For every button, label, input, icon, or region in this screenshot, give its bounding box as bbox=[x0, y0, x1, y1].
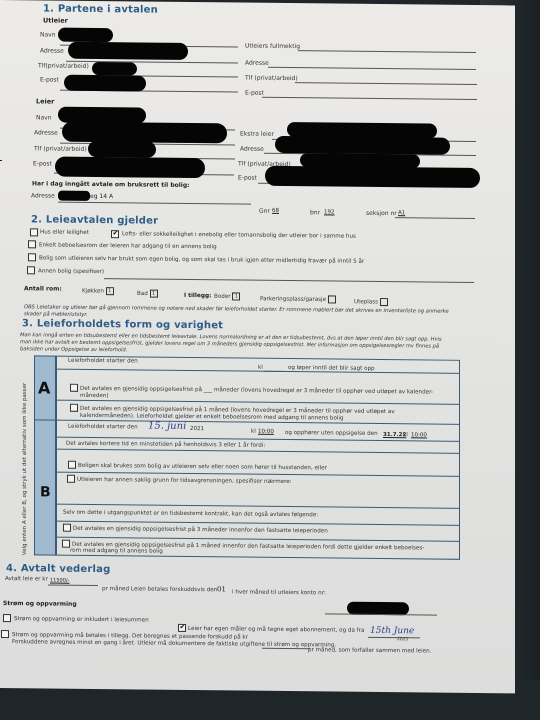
redaction bbox=[58, 28, 113, 43]
parkering-text: Parkeringsplass/garasje bbox=[260, 296, 326, 303]
utleier-label: Utleier bbox=[43, 16, 68, 24]
obs-note-2: skader på møbler/utstyr. bbox=[24, 311, 88, 318]
bolig-adresse-label: Adresse bbox=[31, 192, 55, 199]
strom-option-2-checkbox[interactable] bbox=[178, 624, 186, 632]
section-2-title: 2. Leieavtalen gjelder bbox=[31, 214, 158, 226]
redaction bbox=[265, 166, 480, 188]
fullmektig-epost-label: E-post bbox=[245, 90, 264, 97]
leie-amount-field[interactable] bbox=[48, 585, 98, 587]
utleier-adresse-field[interactable] bbox=[66, 61, 238, 64]
section-4-title: 4. Avtalt vederlag bbox=[6, 563, 110, 575]
fullmektig-label: Utleiers fullmektig bbox=[245, 43, 300, 51]
strom-option-3-label-2: Forskuddene avregnes minst en gang i åre… bbox=[12, 639, 336, 648]
bad-label: Bad 1 bbox=[137, 289, 158, 297]
uteplass-text: Uteplass bbox=[354, 299, 378, 305]
annen-bolig-field[interactable] bbox=[104, 278, 474, 283]
option-sokkel-label: Lofts- eller sokkelleilighet i enebolig … bbox=[122, 231, 356, 239]
konto-field[interactable] bbox=[325, 613, 437, 615]
side-instruction: Velg enten A eller B, og stryk ut det al… bbox=[22, 383, 28, 556]
strom-start-year[interactable]: 2021 bbox=[397, 637, 408, 642]
redaction bbox=[0, 160, 2, 161]
kjokken-text: Kjøkken bbox=[82, 288, 104, 294]
option-hus-checkbox[interactable] bbox=[30, 228, 38, 236]
leie-day[interactable]: 01 bbox=[217, 585, 226, 593]
i-tillegg-label: I tillegg: bbox=[184, 293, 211, 299]
fullmektig-tlf-field[interactable] bbox=[295, 82, 477, 85]
redaction bbox=[88, 141, 156, 158]
strom-start-field[interactable] bbox=[368, 637, 420, 639]
section-3-intro-3: baksiden under Oppsigelse av leieforhold… bbox=[20, 346, 127, 353]
bruksrett-label: Har i dag inngått avtale om bruksrett ti… bbox=[32, 180, 190, 189]
option-sokkel-checkbox[interactable] bbox=[111, 230, 119, 238]
a-option-1-checkbox[interactable] bbox=[70, 384, 78, 392]
bad-count[interactable]: 1 bbox=[150, 290, 158, 298]
ekstra-epost-label: E-post bbox=[238, 174, 257, 181]
boder-text: Boder bbox=[214, 294, 231, 300]
strom-start-handwritten[interactable]: 15th June bbox=[370, 626, 414, 636]
strom-option-1-label: Strøm og oppvarming er inkludert i leies… bbox=[14, 616, 149, 623]
option-annen-label: Annen bolig (spesifiser) bbox=[38, 268, 104, 275]
fullmektig-tlf-label: Tlf (privat/arbeid) bbox=[245, 75, 298, 83]
section-1-title: 1. Partene i avtalen bbox=[43, 3, 158, 15]
seksjon-field[interactable] bbox=[395, 217, 475, 219]
b-option-2-checkbox[interactable] bbox=[67, 475, 75, 483]
b-start-date-handwritten[interactable]: 15. juni bbox=[148, 421, 186, 432]
antall-rom-label: Antall rom: bbox=[24, 285, 62, 292]
section-3-title: 3. Leieforholdets form og varighet bbox=[22, 318, 223, 331]
boder-count[interactable]: 1 bbox=[232, 292, 240, 300]
b-end-kl-value[interactable]: 10:00 bbox=[411, 432, 427, 438]
redaction bbox=[58, 191, 90, 201]
a-option-1-label-2: måneden) bbox=[80, 393, 109, 399]
b-option-1-checkbox[interactable] bbox=[68, 461, 76, 469]
parkering-checkbox[interactable] bbox=[328, 295, 336, 303]
strom-option-3-checkbox[interactable] bbox=[1, 630, 9, 638]
fullmektig-adresse-label: Adresse bbox=[245, 60, 269, 67]
bolig-adresse-field[interactable] bbox=[58, 202, 251, 205]
leier-label: Leier bbox=[36, 97, 54, 105]
option-annen-checkbox[interactable] bbox=[27, 266, 35, 274]
a-start-label: Leieforholdet starter den bbox=[68, 358, 138, 365]
redaction bbox=[68, 42, 188, 60]
b-kl-value[interactable]: 10:00 bbox=[258, 429, 274, 435]
leier-navn-label: Navn bbox=[36, 114, 52, 121]
uteplass-checkbox[interactable] bbox=[380, 298, 388, 306]
fullmektig-adresse-field[interactable] bbox=[268, 67, 476, 70]
leie-end-text: i hver måned til utleiers konto nr: bbox=[232, 589, 326, 596]
fullmektig-epost-field[interactable] bbox=[262, 97, 477, 100]
utleier-tlf-label: Tlf(privat/arbeid) bbox=[38, 62, 89, 70]
b-start-year[interactable]: 2021 bbox=[190, 426, 204, 432]
kjokken-count[interactable]: 1 bbox=[106, 287, 114, 295]
option-egen-bolig-checkbox[interactable] bbox=[28, 253, 36, 261]
leie-label: Avtalt leie er kr bbox=[5, 576, 48, 582]
b-option-3-checkbox[interactable] bbox=[63, 524, 71, 532]
b-start-label: Leieforholdet starter den bbox=[68, 424, 138, 431]
option-beboelsesrom-checkbox[interactable] bbox=[28, 240, 36, 248]
gnr-value[interactable]: 68 bbox=[272, 208, 279, 214]
b-end-label: og opphører uten oppsigelse den bbox=[285, 430, 378, 437]
uteplass-label: Uteplass bbox=[354, 298, 388, 306]
seksjon-value[interactable]: A1 bbox=[398, 210, 405, 216]
leier-adresse-label: Adresse bbox=[34, 129, 58, 136]
redaction bbox=[92, 62, 137, 75]
seksjon-label: seksjon nr bbox=[366, 210, 397, 217]
ekstra-adresse-label: Adresse bbox=[240, 146, 264, 153]
leie-mid-text: pr måned Leien betales forskuddsvis den bbox=[102, 586, 217, 593]
redaction bbox=[62, 122, 227, 144]
strom-title: Strøm og oppvarming bbox=[3, 600, 77, 608]
lease-document: 1. Partene i avtalen Utleier Navn Adress… bbox=[0, 0, 515, 693]
leier-tlf-label: Tlf (privat/arbeid) bbox=[34, 145, 87, 153]
alternative-a-letter: A bbox=[38, 378, 50, 397]
strom-option-1-checkbox[interactable] bbox=[3, 614, 11, 622]
redaction bbox=[64, 75, 146, 92]
option-egen-bolig-label: Bolig som utleieren selv har brukt som e… bbox=[39, 255, 364, 264]
redaction bbox=[275, 136, 450, 155]
b-end-kl-label: kl bbox=[403, 432, 408, 438]
leier-epost-label: E-post bbox=[33, 160, 52, 167]
gnr-label: Gnr bbox=[259, 208, 270, 215]
utleier-epost-label: E-post bbox=[40, 76, 59, 83]
bnr-value[interactable]: 192 bbox=[324, 209, 335, 215]
ekstra-leier-label: Ekstra leier bbox=[240, 131, 274, 138]
boder-label: Boder 1 bbox=[214, 292, 240, 300]
leie-amount[interactable]: 11500/- bbox=[50, 578, 69, 584]
b-kl-label: kl bbox=[251, 429, 256, 435]
option-hus-label: Hus eller leilighet bbox=[40, 229, 89, 236]
kjokken-label: Kjøkken 1 bbox=[82, 287, 114, 295]
strom-option-2-label: Leier har egen måler og må tegne eget ab… bbox=[188, 626, 364, 634]
option-beboelsesrom-label: Enkelt beboelsesrom der leieren har adga… bbox=[39, 242, 217, 250]
b-option-4-checkbox[interactable] bbox=[62, 540, 70, 548]
bad-text: Bad bbox=[137, 291, 148, 297]
fullmektig-field[interactable] bbox=[298, 50, 476, 53]
alternative-b-letter: B bbox=[40, 484, 51, 500]
utleier-navn-label: Navn bbox=[40, 31, 56, 38]
redaction bbox=[55, 157, 205, 179]
bolig-adresse-value[interactable]: eg 14 A bbox=[90, 193, 113, 200]
utleier-adresse-label: Adresse bbox=[40, 47, 64, 54]
a-option-2-checkbox[interactable] bbox=[70, 404, 78, 412]
bnr-label: bnr bbox=[310, 209, 320, 216]
parkering-label: Parkeringsplass/garasje bbox=[260, 295, 336, 304]
b-option-4-label-2: rom med adgang til annens bolig bbox=[70, 548, 163, 555]
